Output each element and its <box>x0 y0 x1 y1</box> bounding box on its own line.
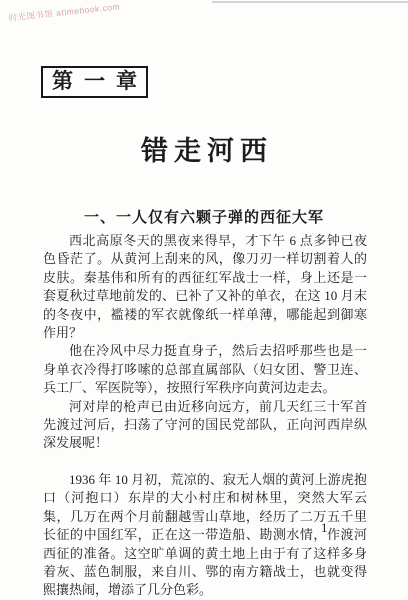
chapter-box: 第一章 <box>41 66 148 98</box>
body-text: 西北高原冬天的黑夜来得早，才下午 6 点多钟已夜色昏茫了。从黄河上刮来的风，像刀… <box>43 232 367 600</box>
paragraph-4: 1936 年 10 月初，荒凉的、寂无人烟的黄河上游虎抱口（河抱口）东岸的大小村… <box>43 471 367 600</box>
section-heading: 一、一人仅有六颗子弹的西征大军 <box>0 206 408 227</box>
paragraph-2: 他在冷风中尽力挺直身子，然后去招呼那些也是一身单衣冷得打哆嗦的总部直属部队（妇女… <box>43 342 367 397</box>
scan-artifact-line <box>212 1 408 3</box>
watermark: 时光图书馆 atimebook.com <box>8 0 121 24</box>
scanned-book-page: 时光图书馆 atimebook.com 第一章 错走河西 一、一人仅有六颗子弹的… <box>0 0 408 600</box>
chapter-title: 错走河西 <box>0 129 408 168</box>
page-number: 1 <box>321 520 328 536</box>
chapter-label: 第一章 <box>52 69 148 93</box>
paragraph-1: 西北高原冬天的黑夜来得早，才下午 6 点多钟已夜色昏茫了。从黄河上刮来的风，像刀… <box>43 232 367 342</box>
paragraph-3: 河对岸的枪声已由近移向远方，前几天红三十军首先渡过河后，扫荡了守河的国民党部队，… <box>43 398 367 453</box>
